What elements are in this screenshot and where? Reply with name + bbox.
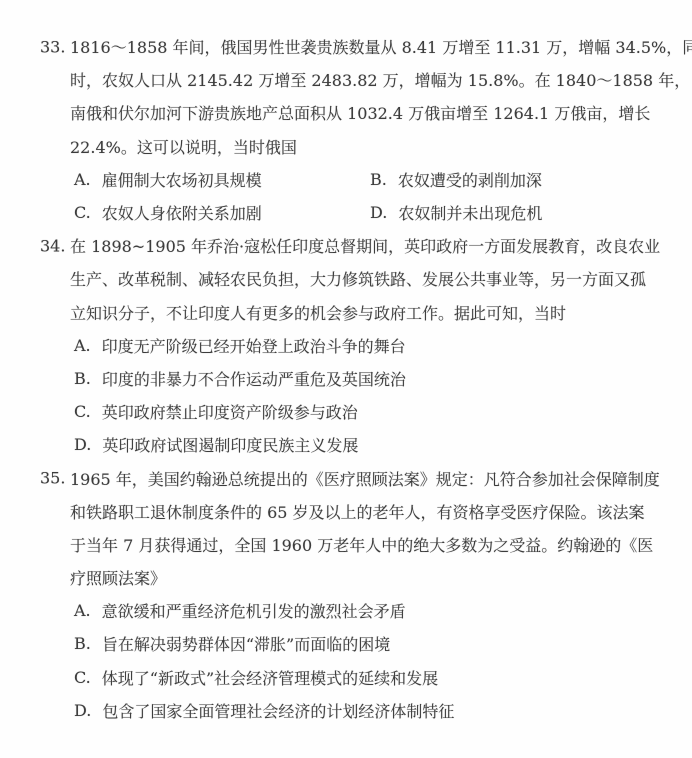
option-33-b-label: B. — [370, 170, 387, 189]
option-35-a-label: A. — [74, 601, 91, 620]
option-34-a: A. 印度无产阶级已经开始登上政治斗争的舞台 — [74, 334, 406, 357]
question-35: 35. 1965 年，美国约翰逊总统提出的《医疗照顾法案》规定：凡符合参加社会保… — [0, 461, 692, 727]
option-33-b: B. 农奴遭受的剥削加深 — [370, 168, 542, 191]
option-34-c-label: C. — [74, 402, 91, 421]
question-34: 34. 在 1898~1905 年乔治·寇松任印度总督期间，英印政府一方面发展教… — [0, 229, 692, 461]
option-35-a-text: 意欲缓和严重经济危机引发的激烈社会矛盾 — [102, 599, 406, 622]
question-35-option-row-c: C. 体现了“新政式”社会经济管理模式的延续和发展 — [0, 661, 692, 694]
question-34-option-row-a: A. 印度无产阶级已经开始登上政治斗争的舞台 — [0, 329, 692, 362]
question-34-number: 34. — [40, 236, 65, 255]
option-33-a: A. 雇佣制大农场初具规模 — [74, 168, 370, 191]
option-35-b-label: B. — [74, 634, 91, 653]
question-35-stem-line-1: 35. 1965 年，美国约翰逊总统提出的《医疗照顾法案》规定：凡符合参加社会保… — [0, 461, 692, 494]
option-34-b-text: 印度的非暴力不合作运动严重危及英国统治 — [102, 367, 406, 390]
option-34-d-label: D. — [74, 435, 91, 454]
option-33-c: C. 农奴人身依附关系加剧 — [74, 201, 370, 224]
option-33-b-text: 农奴遭受的剥削加深 — [398, 168, 542, 191]
question-34-stem-line-1: 34. 在 1898~1905 年乔治·寇松任印度总督期间，英印政府一方面发展教… — [0, 229, 692, 262]
option-34-d-text: 英印政府试图遏制印度民族主义发展 — [102, 433, 358, 456]
question-34-stem-line-3: 立知识分子，不让印度人有更多的机会参与政府工作。据此可知，当时 — [0, 296, 692, 329]
option-33-c-label: C. — [74, 203, 91, 222]
option-35-b-text: 旨在解决弱势群体因“滞胀”而面临的困境 — [102, 632, 390, 655]
question-34-option-row-d: D. 英印政府试图遏制印度民族主义发展 — [0, 428, 692, 461]
option-33-a-label: A. — [74, 170, 91, 189]
option-35-d-label: D. — [74, 701, 91, 720]
option-34-a-label: A. — [74, 336, 91, 355]
stem-text: 在 1898~1905 年乔治·寇松任印度总督期间，英印政府一方面发展教育，改良… — [70, 234, 660, 257]
stem-text: 1816～1858 年间，俄国男性世袭贵族数量从 8.41 万增至 11.31 … — [70, 35, 692, 58]
option-33-d: D. 农奴制并未出现危机 — [370, 201, 542, 224]
question-34-stem-line-2: 生产、改革税制、减轻农民负担，大力修筑铁路、发展公共事业等，另一方面又孤 — [0, 262, 692, 295]
option-33-a-text: 雇佣制大农场初具规模 — [102, 168, 262, 191]
option-35-a: A. 意欲缓和严重经济危机引发的激烈社会矛盾 — [74, 599, 406, 622]
option-34-b: B. 印度的非暴力不合作运动严重危及英国统治 — [74, 367, 406, 390]
exam-document-page: 33. 1816～1858 年间，俄国男性世袭贵族数量从 8.41 万增至 11… — [0, 0, 692, 758]
question-34-option-row-c: C. 英印政府禁止印度资产阶级参与政治 — [0, 395, 692, 428]
question-33-stem-line-4: 22.4%。这可以说明，当时俄国 — [0, 130, 692, 163]
question-33-stem-line-2: 时，农奴人口从 2145.42 万增至 2483.82 万，增幅为 15.8%。… — [0, 63, 692, 96]
question-35-option-row-a: A. 意欲缓和严重经济危机引发的激烈社会矛盾 — [0, 594, 692, 627]
question-33-stem-line-3: 南俄和伏尔加河下游贵族地产总面积从 1032.4 万俄亩增至 1264.1 万俄… — [0, 96, 692, 129]
question-35-stem-line-2: 和铁路职工退休制度条件的 65 岁及以上的老年人，有资格享受医疗保险。该法案 — [0, 495, 692, 528]
option-34-b-label: B. — [74, 369, 91, 388]
option-33-d-text: 农奴制并未出现危机 — [398, 201, 542, 224]
question-33: 33. 1816～1858 年间，俄国男性世袭贵族数量从 8.41 万增至 11… — [0, 30, 692, 229]
option-35-d: D. 包含了国家全面管理社会经济的计划经济体制特征 — [74, 699, 454, 722]
question-33-options-row-1: A. 雇佣制大农场初具规模 B. 农奴遭受的剥削加深 — [0, 163, 692, 196]
question-33-options-row-2: C. 农奴人身依附关系加剧 D. 农奴制并未出现危机 — [0, 196, 692, 229]
question-33-number: 33. — [40, 37, 65, 56]
option-34-a-text: 印度无产阶级已经开始登上政治斗争的舞台 — [102, 334, 406, 357]
option-33-c-text: 农奴人身依附关系加剧 — [102, 201, 262, 224]
question-35-option-row-b: B. 旨在解决弱势群体因“滞胀”而面临的困境 — [0, 627, 692, 660]
option-35-c-text: 体现了“新政式”社会经济管理模式的延续和发展 — [102, 666, 438, 689]
question-35-stem-line-4: 疗照顾法案》 — [0, 561, 692, 594]
question-35-stem-line-3: 于当年 7 月获得通过，全国 1960 万老年人中的绝大多数为之受益。约翰逊的《… — [0, 528, 692, 561]
option-33-d-label: D. — [370, 203, 387, 222]
question-35-option-row-d: D. 包含了国家全面管理社会经济的计划经济体制特征 — [0, 694, 692, 727]
question-35-number: 35. — [40, 469, 65, 488]
question-34-option-row-b: B. 印度的非暴力不合作运动严重危及英国统治 — [0, 362, 692, 395]
option-34-c-text: 英印政府禁止印度资产阶级参与政治 — [102, 400, 358, 423]
stem-text: 1965 年，美国约翰逊总统提出的《医疗照顾法案》规定：凡符合参加社会保障制度 — [70, 467, 660, 490]
option-35-c: C. 体现了“新政式”社会经济管理模式的延续和发展 — [74, 666, 438, 689]
question-33-stem-line-1: 33. 1816～1858 年间，俄国男性世袭贵族数量从 8.41 万增至 11… — [0, 30, 692, 63]
option-35-b: B. 旨在解决弱势群体因“滞胀”而面临的困境 — [74, 632, 390, 655]
option-35-c-label: C. — [74, 668, 91, 687]
option-35-d-text: 包含了国家全面管理社会经济的计划经济体制特征 — [102, 699, 454, 722]
option-34-d: D. 英印政府试图遏制印度民族主义发展 — [74, 433, 358, 456]
option-34-c: C. 英印政府禁止印度资产阶级参与政治 — [74, 400, 358, 423]
